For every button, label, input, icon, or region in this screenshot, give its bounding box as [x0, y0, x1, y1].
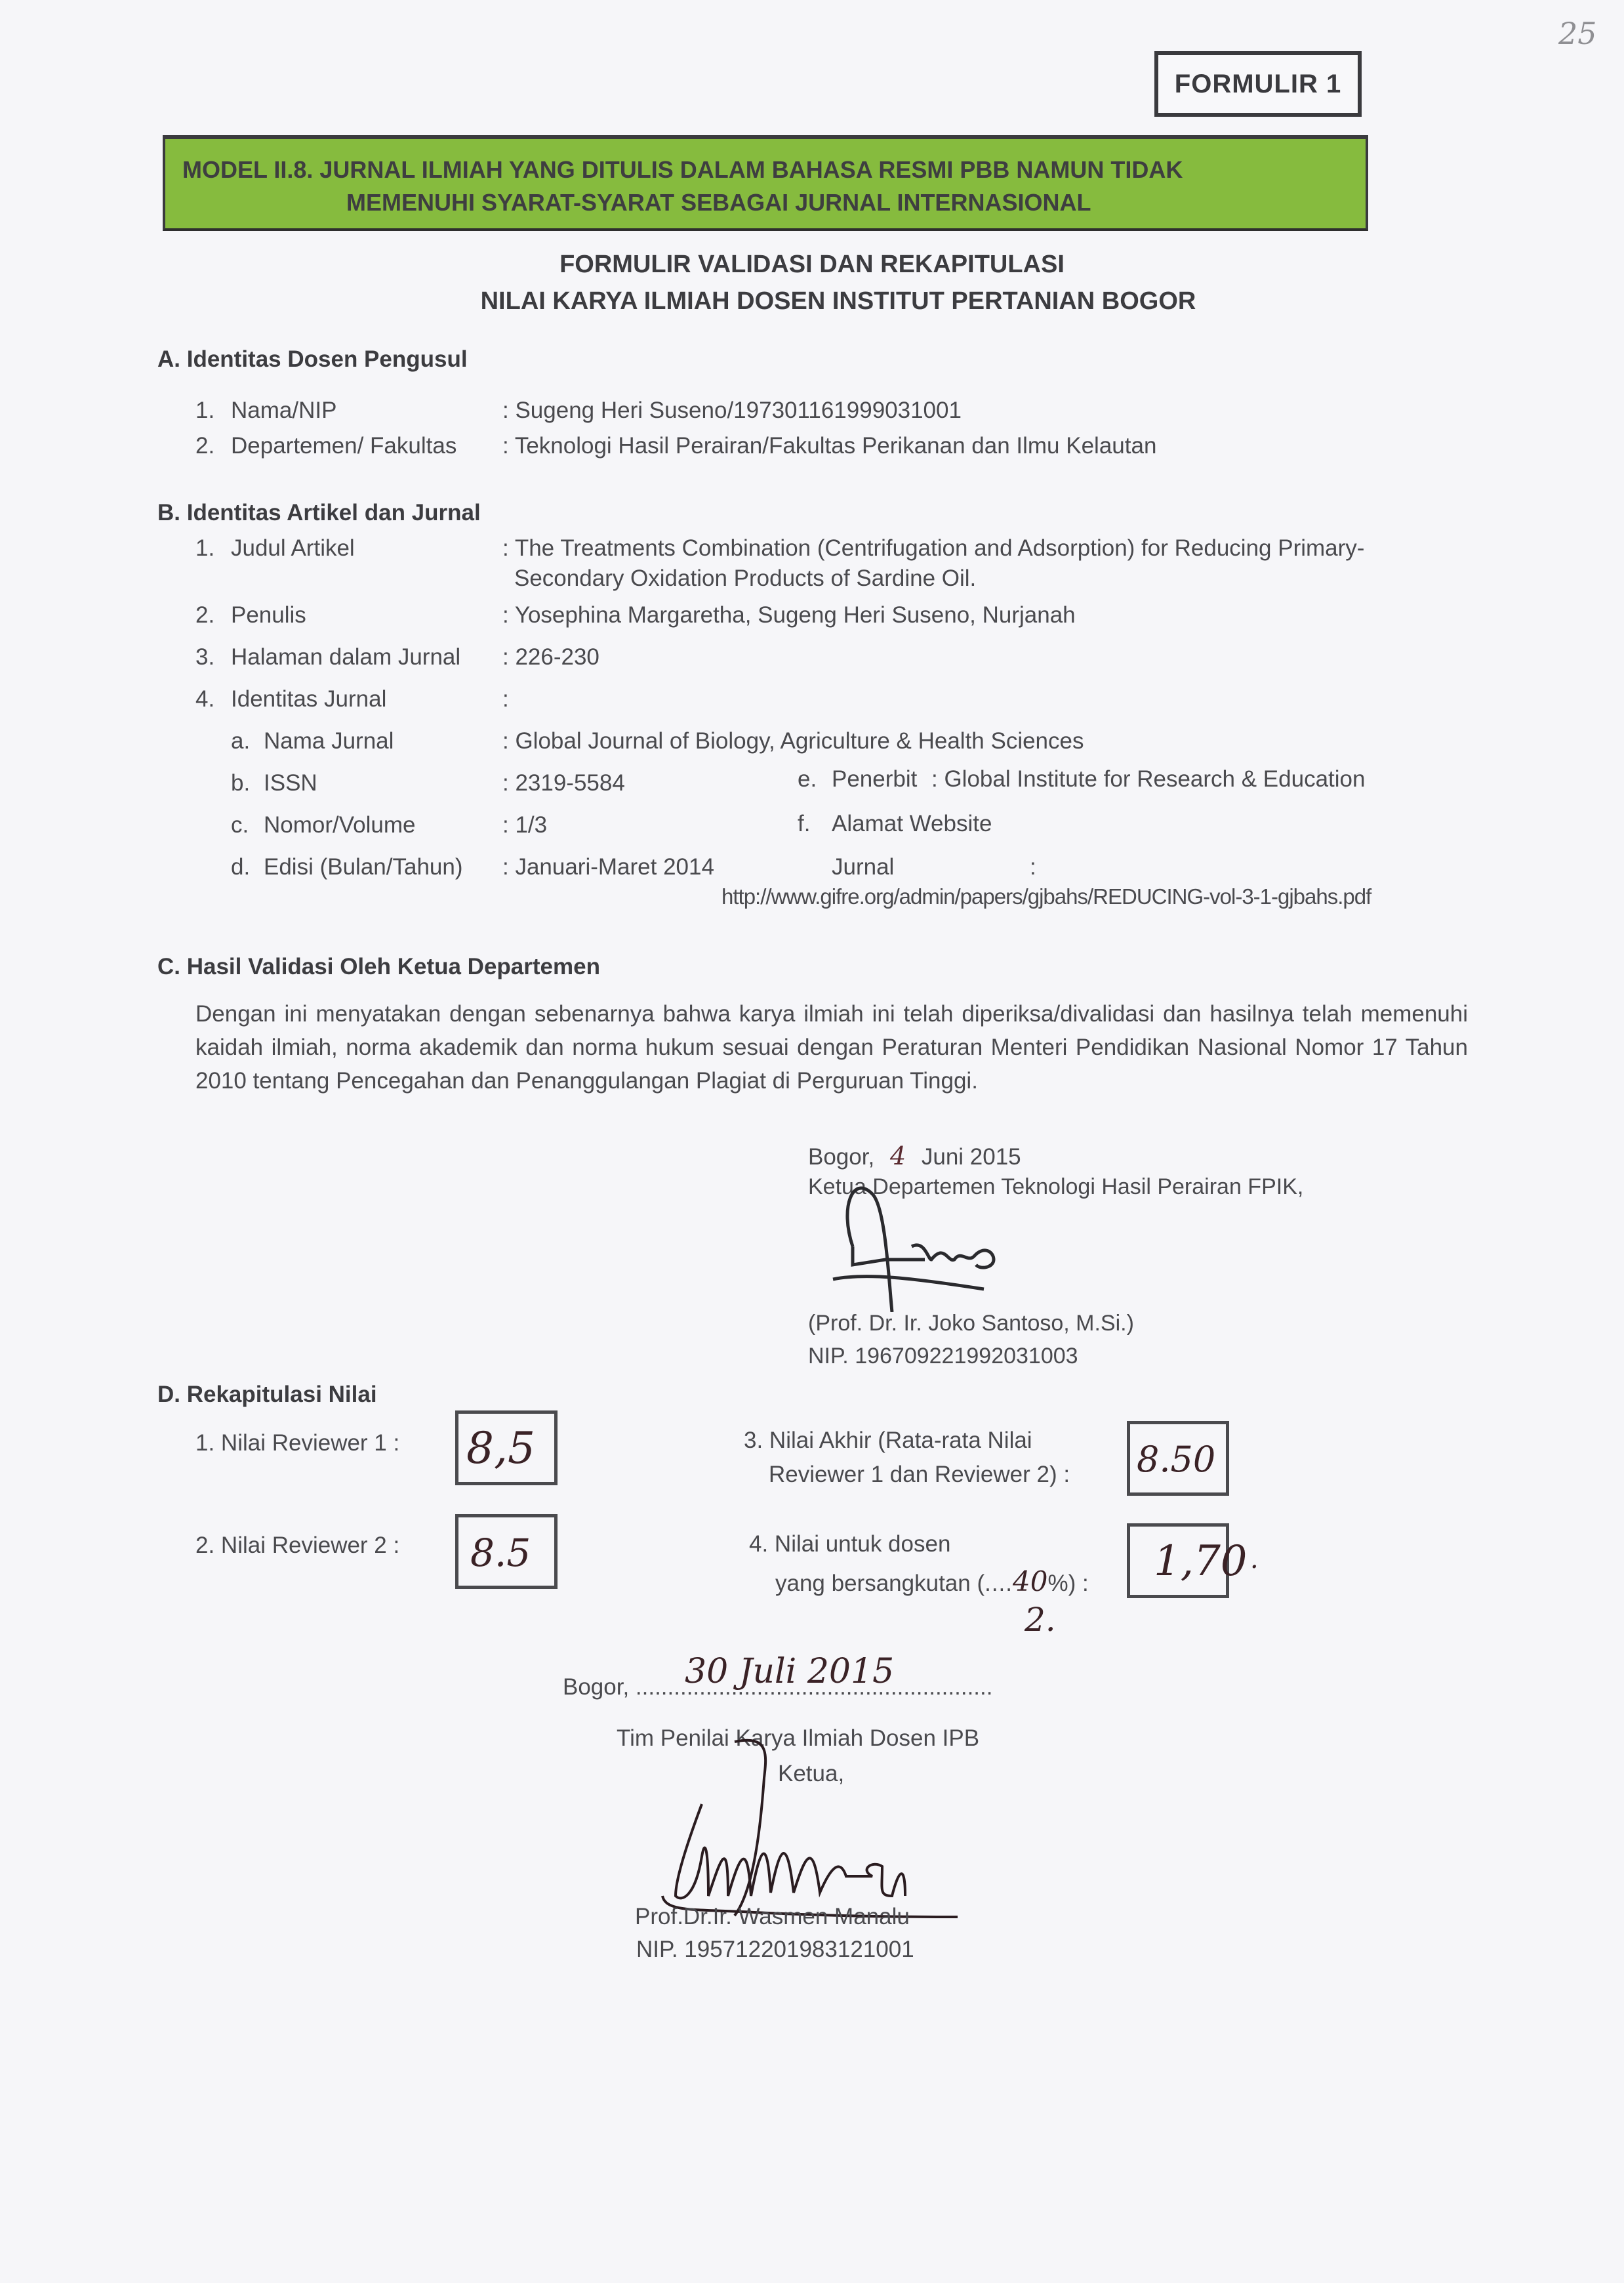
- form-label-box: FORMULIR 1: [1154, 51, 1362, 117]
- section-b-row-num: 3.: [195, 644, 214, 670]
- section-d-heading: D. Rekapitulasi Nilai: [157, 1382, 377, 1408]
- section-c-heading: C. Hasil Validasi Oleh Ketua Departemen: [157, 954, 600, 980]
- journal-key: b.: [231, 770, 250, 796]
- department-head-signature: [813, 1181, 1154, 1312]
- journal-website-colon: :: [1030, 854, 1036, 880]
- journal-label-cont: Jurnal: [832, 854, 894, 880]
- journal-website-link[interactable]: http://www.gifre.org/admin/papers/gjbahs…: [721, 884, 1371, 909]
- model-banner: MODEL II.8. JURNAL ILMIAH YANG DITULIS D…: [163, 135, 1368, 231]
- journal-key: d.: [231, 854, 250, 880]
- lecturer-label-post: %) :: [1047, 1571, 1088, 1596]
- section-a-row-label: Nama/NIP: [231, 398, 336, 424]
- department-head-name: (Prof. Dr. Ir. Joko Santoso, M.Si.): [808, 1311, 1134, 1336]
- team-chair-nip: NIP. 195712201983121001: [636, 1937, 914, 1963]
- lecturer-percent-handwritten: 40: [1013, 1565, 1047, 1597]
- section-b-row-num: 1.: [195, 535, 214, 562]
- journal-label: Edisi (Bulan/Tahun): [264, 854, 463, 880]
- validation-statement: Dengan ini menyatakan dengan sebenarnya …: [195, 997, 1468, 1098]
- lecturer-score: 1,70: [1154, 1537, 1248, 1586]
- journal-key: e.: [798, 766, 817, 792]
- form-label: FORMULIR 1: [1175, 70, 1341, 99]
- pages: : 226-230: [502, 644, 599, 670]
- place-prefix: Bogor,: [808, 1144, 874, 1170]
- section-a-row-num: 2.: [195, 433, 214, 459]
- lecturer-score-label-line2: yang bersangkutan (....40%) :: [775, 1565, 1089, 1597]
- journal-label: ISSN: [264, 770, 317, 796]
- journal-label: Nomor/Volume: [264, 812, 415, 838]
- lecturer-score-box: 1,70: [1127, 1523, 1229, 1598]
- section-a-heading: A. Identitas Dosen Pengusul: [157, 346, 468, 373]
- section-b-heading: B. Identitas Artikel dan Jurnal: [157, 500, 481, 526]
- article-title: : The Treatments Combination (Centrifuga…: [502, 535, 1364, 562]
- reviewer1-label: 1. Nilai Reviewer 1 :: [195, 1430, 399, 1456]
- journal-edition: : Januari-Maret 2014: [502, 854, 714, 880]
- team-chair-name: Prof.Dr.Ir. Wasmen Manalu: [635, 1904, 910, 1930]
- section-b-row-num: 2.: [195, 602, 214, 628]
- final-score-label-line2: Reviewer 1 dan Reviewer 2) :: [769, 1462, 1070, 1488]
- journal-key: c.: [231, 812, 249, 838]
- model-banner-line1: MODEL II.8. JURNAL ILMIAH YANG DITULIS D…: [182, 154, 1183, 186]
- reviewer2-score-box: 8.5: [455, 1514, 558, 1589]
- final-score: 8.50: [1137, 1439, 1215, 1480]
- section-a-row-value: : Teknologi Hasil Perairan/Fakultas Peri…: [502, 433, 1156, 459]
- validation-date: Bogor, 4 Juni 2015: [808, 1141, 1021, 1170]
- section-a-row-label: Departemen/ Fakultas: [231, 433, 457, 459]
- section-b-row-value: :: [502, 686, 509, 712]
- journal-volume: : 1/3: [502, 812, 547, 838]
- final-score-label-line1: 3. Nilai Akhir (Rata-rata Nilai: [744, 1428, 1032, 1454]
- section-b-row-label: Penulis: [231, 602, 306, 628]
- section-b-row-label: Halaman dalam Jurnal: [231, 644, 460, 670]
- lecturer-handwritten-note: 2.: [1025, 1601, 1056, 1639]
- lecturer-label-pre: yang bersangkutan (: [775, 1571, 985, 1596]
- authors: : Yosephina Margaretha, Sugeng Heri Suse…: [502, 602, 1076, 628]
- lecturer-score-label-line1: 4. Nilai untuk dosen: [749, 1531, 950, 1557]
- reviewer2-label: 2. Nilai Reviewer 2 :: [195, 1532, 399, 1559]
- department-head-nip: NIP. 196709221992031003: [808, 1344, 1078, 1369]
- section-a-row-num: 1.: [195, 398, 214, 424]
- journal-label: Alamat Website: [832, 811, 992, 837]
- journal-name: : Global Journal of Biology, Agriculture…: [502, 728, 1084, 754]
- reviewer2-score: 8.5: [470, 1531, 531, 1575]
- reviewer1-score-box: 8,5: [455, 1410, 558, 1485]
- date-rest: Juni 2015: [922, 1144, 1021, 1170]
- date-day-handwritten: 4: [890, 1141, 906, 1170]
- journal-label: Penerbit: [832, 766, 917, 792]
- section-a-row-value: : Sugeng Heri Suseno/197301161999031001: [502, 398, 962, 424]
- journal-key: f.: [798, 811, 810, 837]
- article-title-cont: Secondary Oxidation Products of Sardine …: [514, 566, 976, 592]
- handwritten-mark: ·: [1250, 1552, 1259, 1582]
- final-score-box: 8.50: [1127, 1421, 1229, 1496]
- journal-publisher: : Global Institute for Research & Educat…: [931, 766, 1365, 792]
- journal-label: Nama Jurnal: [264, 728, 394, 754]
- journal-issn: : 2319-5584: [502, 770, 625, 796]
- form-title-line1: FORMULIR VALIDASI DAN REKAPITULASI: [0, 251, 1624, 279]
- form-title-line2: NILAI KARYA ILMIAH DOSEN INSTITUT PERTAN…: [0, 287, 1624, 316]
- model-banner-line2: MEMENUHI SYARAT-SYARAT SEBAGAI JURNAL IN…: [346, 186, 1091, 219]
- lecturer-percent-dots: ....: [985, 1571, 1013, 1596]
- section-b-row-label: Identitas Jurnal: [231, 686, 386, 712]
- journal-key: a.: [231, 728, 250, 754]
- section-b-row-num: 4.: [195, 686, 214, 712]
- team-date-line: Bogor, .................................…: [563, 1674, 992, 1700]
- section-b-row-label: Judul Artikel: [231, 535, 355, 562]
- page-number-handwritten: 25: [1558, 16, 1597, 51]
- reviewer1-score: 8,5: [466, 1423, 535, 1473]
